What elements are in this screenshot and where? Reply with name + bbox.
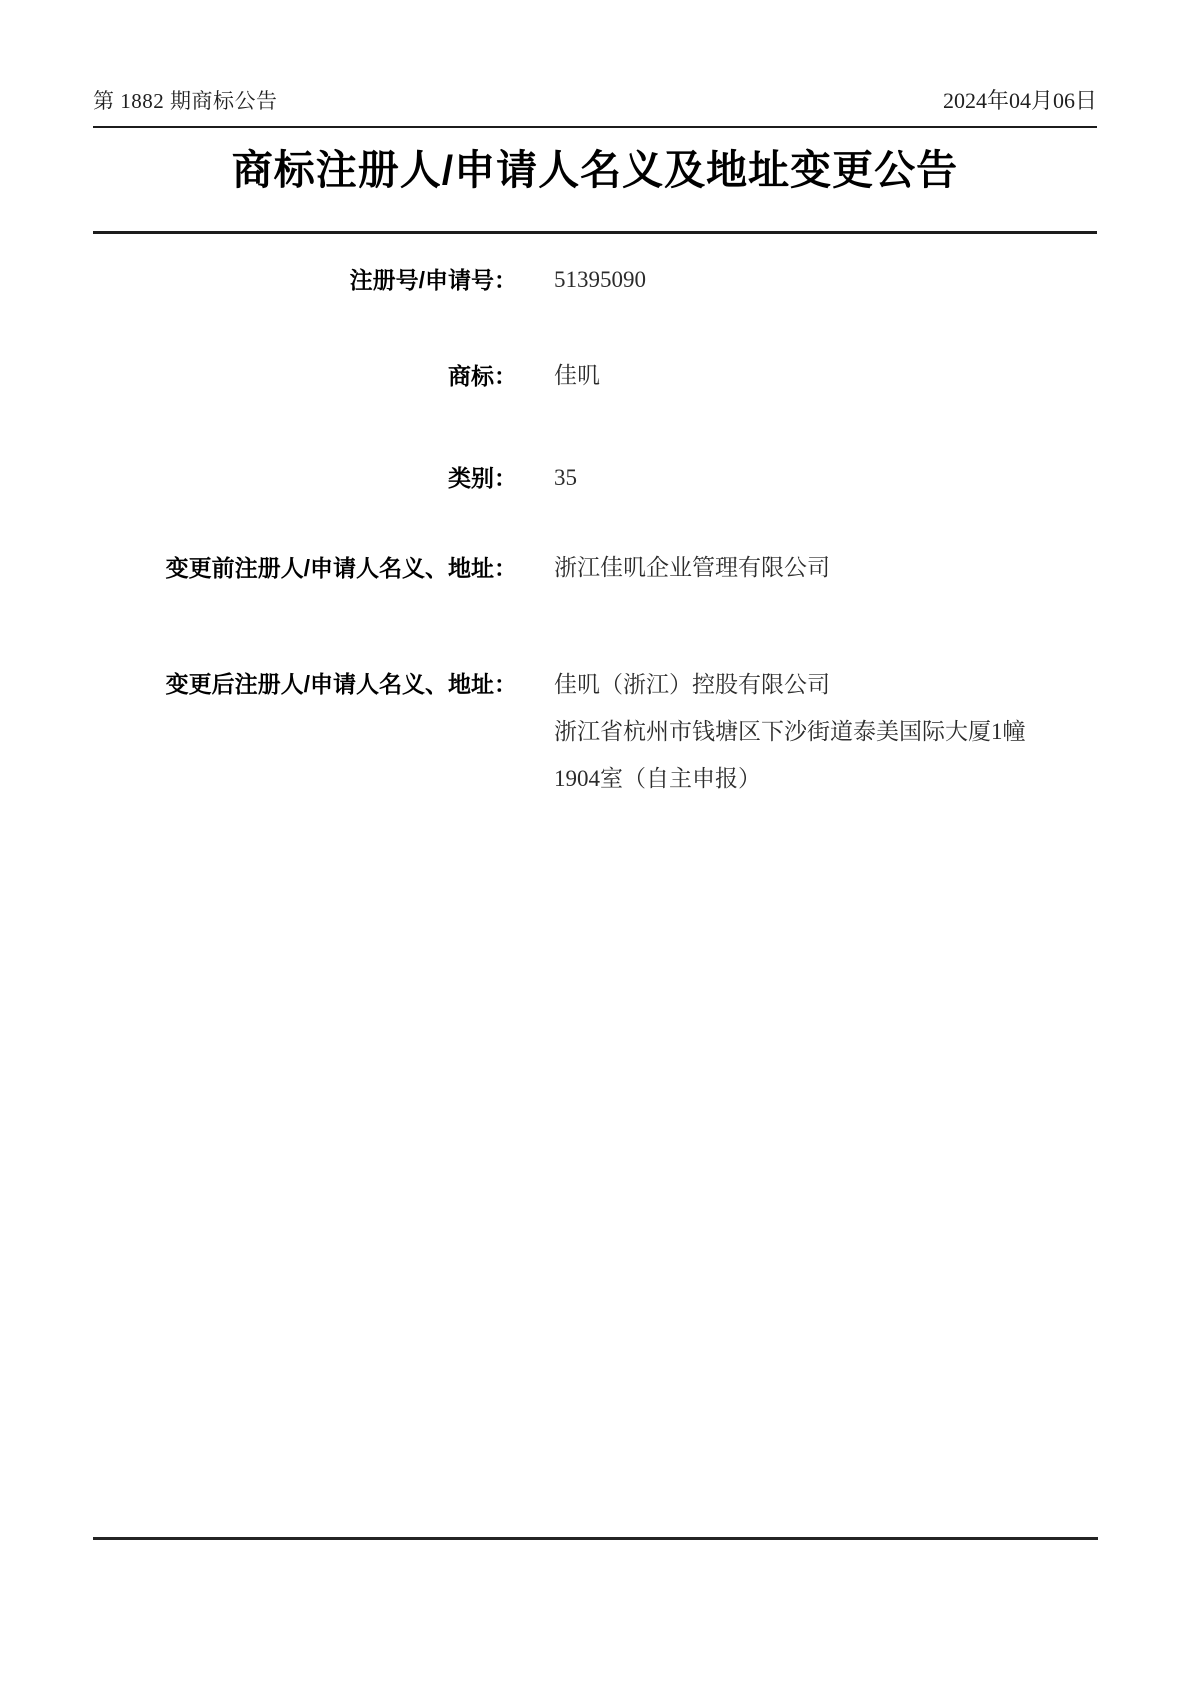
- field-label: 变更后注册人/申请人名义、地址：: [93, 661, 517, 708]
- field-value: 佳叽: [554, 361, 600, 391]
- title-divider: [93, 231, 1097, 234]
- publication-date: 2024年04月06日: [943, 84, 1097, 115]
- field-value: 浙江佳叽企业管理有限公司: [554, 553, 830, 583]
- field-value: 35: [554, 463, 577, 493]
- field-row-before-change: 变更前注册人/申请人名义、地址： 浙江佳叽企业管理有限公司: [93, 553, 1097, 583]
- field-row-trademark: 商标： 佳叽: [93, 361, 1097, 391]
- field-row-after-change: 变更后注册人/申请人名义、地址： 佳叽（浙江）控股有限公司 浙江省杭州市钱塘区下…: [93, 661, 1097, 802]
- field-row-registration-number: 注册号/申请号： 51395090: [93, 265, 1097, 295]
- field-label: 注册号/申请号：: [93, 265, 517, 295]
- field-label: 商标：: [93, 361, 517, 391]
- registration-number: 51395090: [554, 265, 646, 295]
- trademark-name: 佳叽: [554, 361, 600, 391]
- owner-after-change-name: 佳叽（浙江）控股有限公司: [554, 661, 1026, 708]
- field-label: 变更前注册人/申请人名义、地址：: [93, 553, 517, 583]
- gazette-page: 第 1882 期商标公告 2024年04月06日 商标注册人/申请人名义及地址变…: [0, 0, 1190, 1684]
- footer-divider: [93, 1537, 1098, 1540]
- owner-after-change-address-line2: 1904室（自主申报）: [554, 755, 1026, 802]
- field-row-class: 类别： 35: [93, 463, 1097, 493]
- owner-after-change-address-line1: 浙江省杭州市钱塘区下沙街道泰美国际大厦1幢: [554, 708, 1026, 755]
- field-label: 类别：: [93, 463, 517, 493]
- trademark-class: 35: [554, 463, 577, 493]
- gazette-issue-number: 第 1882 期商标公告: [93, 85, 278, 115]
- field-value: 51395090: [554, 265, 646, 295]
- page-header: 第 1882 期商标公告 2024年04月06日: [93, 0, 1097, 128]
- field-list: 注册号/申请号： 51395090 商标： 佳叽 类别： 35 变更前注册人/申…: [93, 265, 1097, 802]
- owner-before-change: 浙江佳叽企业管理有限公司: [554, 553, 830, 583]
- field-value: 佳叽（浙江）控股有限公司 浙江省杭州市钱塘区下沙街道泰美国际大厦1幢 1904室…: [554, 661, 1026, 802]
- page-title: 商标注册人/申请人名义及地址变更公告: [93, 144, 1097, 196]
